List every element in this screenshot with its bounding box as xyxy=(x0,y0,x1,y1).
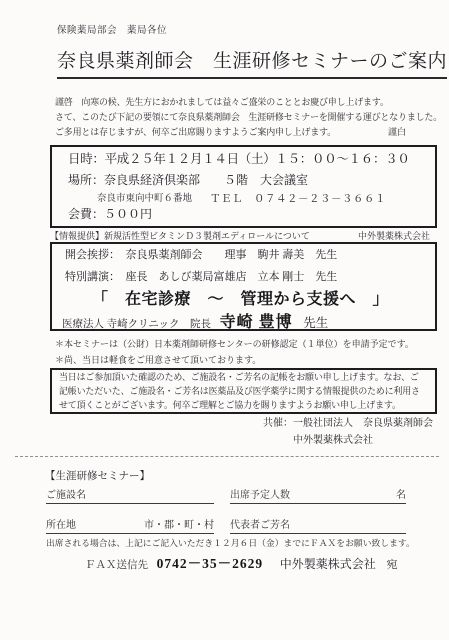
location-field: 所在地 市・郡・町・村 xyxy=(46,517,214,534)
lecture-title: 「 在宅診療 ～ 管理から支援へ 」 xyxy=(92,290,389,310)
fax-company: 中外製薬株式会社 xyxy=(280,557,376,571)
fax-label: ＦＡＸ送信先 xyxy=(85,560,148,571)
reply-form-heading: 【生涯研修セミナー】 xyxy=(45,470,150,483)
speaker-affiliation: 医療法人 寺崎クリニック 院長 xyxy=(62,319,211,330)
info-provision-topic: 新規活性型ビタミンＤ３製剤エディロールについて xyxy=(104,231,310,242)
event-venue: 場所：奈良県経済倶楽部 ５階 大会議室 xyxy=(68,173,308,188)
greeting-line-1: 謹啓 向寒の候、先生方におかれましては益々ご盛栄のこととお慶び申し上げます。 xyxy=(55,97,389,108)
special-lecture-line: 特別講演： 座長 あしび薬局富雄店 立本 剛士 先生 xyxy=(65,271,337,285)
attendees-unit-label: 名 xyxy=(396,486,406,501)
attendees-count-field: 出席予定人数 名 xyxy=(230,487,406,504)
info-provision-company: 中外製薬株式会社 xyxy=(358,231,430,242)
location-suffix-label: 市・郡・町・村 xyxy=(144,516,214,531)
representative-name-field: 代表者ご芳名 xyxy=(230,517,406,534)
event-datetime: 日時：平成２５年１２月１４日（土）１５：００～１６：３０ xyxy=(68,152,410,168)
greeting-closing: 謹白 xyxy=(388,127,406,138)
fax-number-line: ＦＡＸ送信先 0742－35－2629 中外製薬株式会社 宛 xyxy=(85,556,397,573)
fax-addressed-to: 宛 xyxy=(386,559,397,571)
facility-name-field: ご施設名 xyxy=(46,487,214,504)
fax-number: 0742－35－2629 xyxy=(157,556,264,571)
cosponsor-line-2: 中外製薬株式会社 xyxy=(293,435,373,448)
document-page: 保険薬局部会 薬局各位 奈良県薬剤師会 生涯研修セミナーのご案内 謹啓 向寒の候… xyxy=(0,0,449,640)
event-fee: 会費：５００円 xyxy=(68,207,152,222)
addressee-line: 保険薬局部会 薬局各位 xyxy=(57,26,167,38)
fax-deadline-note: 出席される場合は、上記にご記入いただき１２月６日（金）までにＦＡＸをお願い致しま… xyxy=(46,538,415,549)
privacy-line-1: 当日はご参加頂いた確認のため、ご施設名・ご芳名の記帳をお願い申し上げます。なお、… xyxy=(59,372,419,383)
greeting-line-3: ご多用とは存じますが、何卒ご出席賜りますようご案内申し上げます。 xyxy=(55,127,336,138)
info-provision-label: 【情報提供】 xyxy=(50,231,104,242)
privacy-line-3: せて頂くことがございます。何卒ご理解とご協力を賜りますようお願い申し上げます。 xyxy=(59,400,401,411)
privacy-line-2: 記帳いただいた、ご施設名・ご芳名は医薬品及び医学薬学に関する情報提供のために利用… xyxy=(59,386,420,397)
speaker-line: 医療法人 寺崎クリニック 院長 寺崎 豊博 先生 xyxy=(62,313,328,333)
cosponsor-line-1: 共催：一般社団法人 奈良県薬剤師会 xyxy=(263,418,433,431)
event-venue-address: 奈良市東向中町６番地 xyxy=(97,194,192,206)
opening-remarks-line: 開会挨拶： 奈良県薬剤師会 理事 駒井 壽美 先生 xyxy=(65,249,337,263)
document-title: 奈良県薬剤師会 生涯研修セミナーのご案内 xyxy=(57,50,447,79)
note-refreshments: ＊尚、当日は軽食をご用意させて頂いております。 xyxy=(55,355,261,366)
attendees-count-label: 出席予定人数 xyxy=(230,486,290,501)
speaker-name: 寺崎 豊博 xyxy=(220,314,293,331)
greeting-line-2: さて、このたび下記の要領にて奈良県薬剤師会 生涯研修セミナーを開催する運びとなり… xyxy=(55,112,442,123)
divider-dashed-line xyxy=(15,456,439,457)
note-certification: ＊本セミナーは（公財）日本薬剤師研修センターの研修認定（１単位）を申請予定です。 xyxy=(55,339,414,350)
representative-name-label: 代表者ご芳名 xyxy=(230,516,290,531)
event-venue-tel: ＴＥＬ ０７４２－２３－３６６１ xyxy=(210,193,386,206)
facility-name-label: ご施設名 xyxy=(46,486,86,501)
speaker-honorific: 先生 xyxy=(303,316,328,330)
location-label: 所在地 xyxy=(46,516,76,531)
